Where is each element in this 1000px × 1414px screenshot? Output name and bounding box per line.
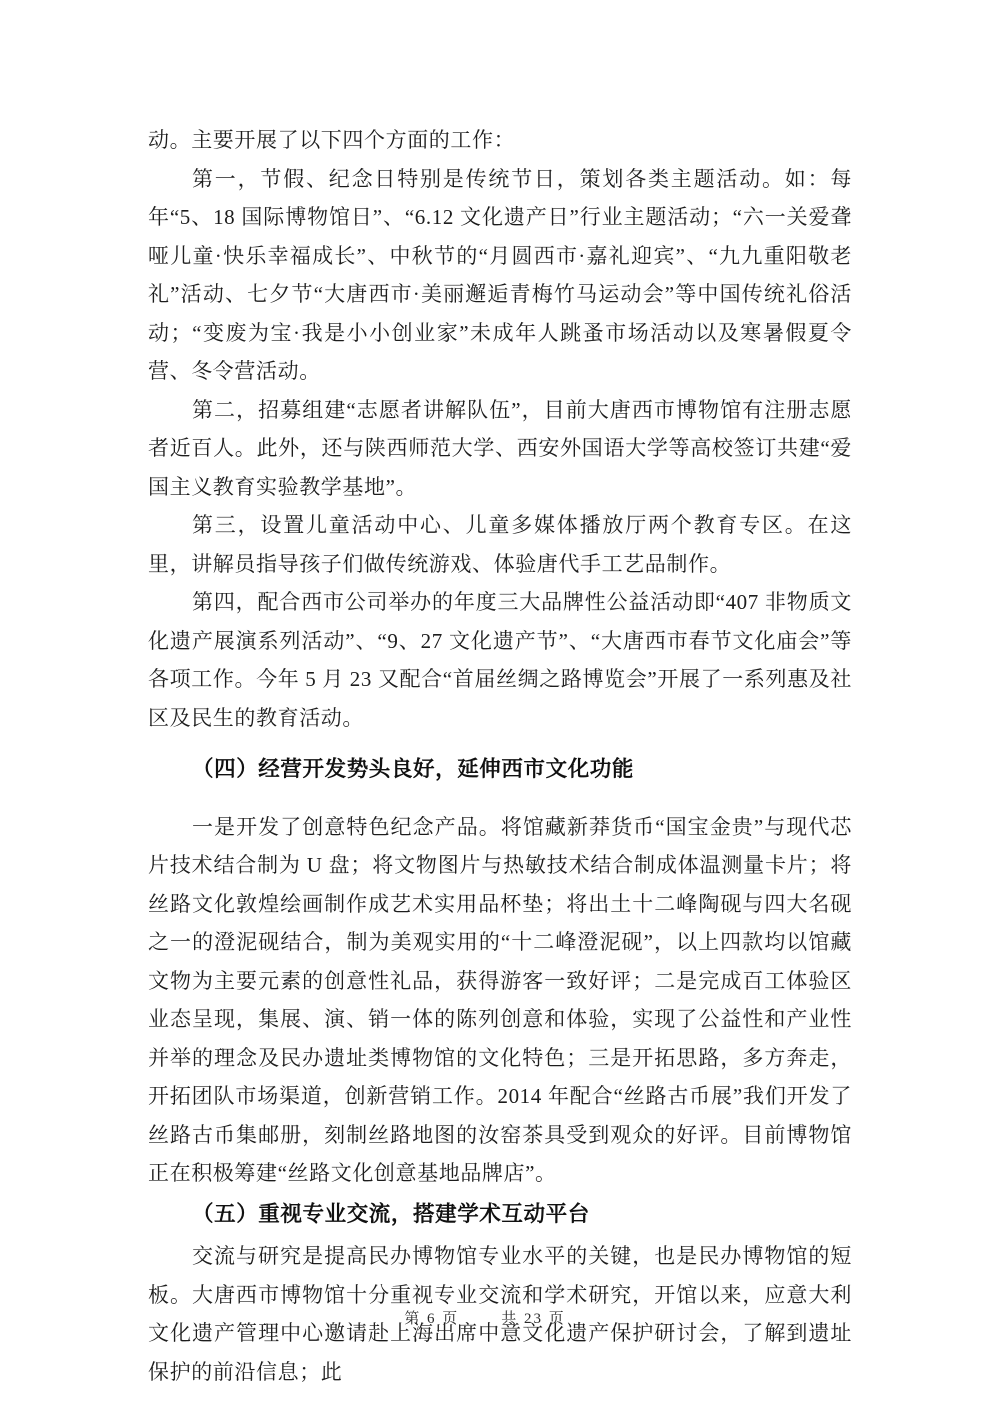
page-total: 共 23 页 bbox=[501, 1311, 566, 1327]
paragraph-continuation: 动。主要开展了以下四个方面的工作： bbox=[148, 121, 852, 160]
section-heading-4: （四）经营开发势头良好，延伸西市文化功能 bbox=[148, 750, 852, 789]
paragraph: 第三，设置儿童活动中心、儿童多媒体播放厅两个教育专区。在这里，讲解员指导孩子们做… bbox=[148, 506, 852, 583]
paragraph: 第四，配合西市公司举办的年度三大品牌性公益活动即“407 非物质文化遗产展演系列… bbox=[148, 583, 852, 737]
section-heading-5: （五）重视专业交流，搭建学术互动平台 bbox=[148, 1195, 852, 1234]
document-page: 动。主要开展了以下四个方面的工作： 第一，节假、纪念日特别是传统节日，策划各类主… bbox=[0, 0, 1000, 1414]
page-footer: 第 6 页共 23 页 bbox=[0, 1308, 970, 1330]
paragraph: 第二，招募组建“志愿者讲解队伍”，目前大唐西市博物馆有注册志愿者近百人。此外，还… bbox=[148, 391, 852, 507]
page-number: 第 6 页 bbox=[404, 1311, 459, 1327]
paragraph: 第一，节假、纪念日特别是传统节日，策划各类主题活动。如：每年“5、18 国际博物… bbox=[148, 160, 852, 391]
document-body: 动。主要开展了以下四个方面的工作： 第一，节假、纪念日特别是传统节日，策划各类主… bbox=[148, 121, 852, 1391]
paragraph: 一是开发了创意特色纪念产品。将馆藏新莽货币“国宝金贵”与现代芯片技术结合制为 U… bbox=[148, 808, 852, 1193]
